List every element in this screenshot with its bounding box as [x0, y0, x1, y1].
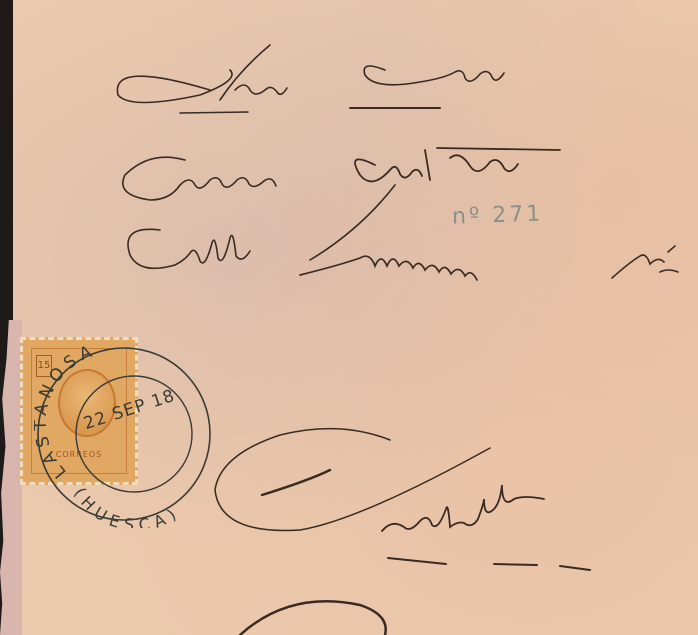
postmark-province: (HUESCA) — [70, 484, 184, 528]
pencil-annotation: nº 271 — [452, 201, 544, 229]
svg-text:(HUESCA): (HUESCA) — [70, 484, 184, 528]
postmark: LASTANOSA (HUESCA) — [34, 342, 220, 528]
handwriting-strokes — [0, 0, 698, 635]
